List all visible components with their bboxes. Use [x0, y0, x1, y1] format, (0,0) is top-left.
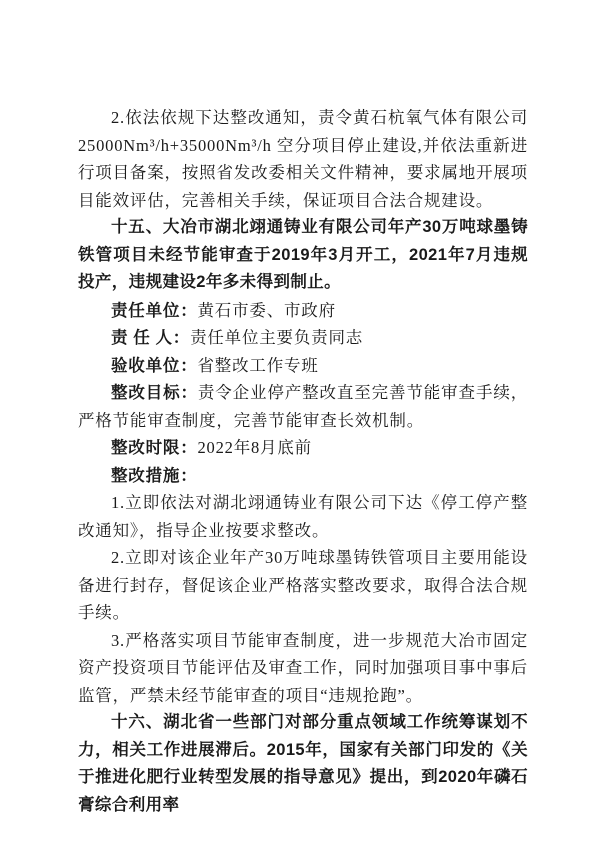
paragraph-measure: 2.依法依规下达整改通知，责令黄石杭氧气体有限公司25000Nm³/h+3500…	[78, 104, 528, 214]
field-label: 责任单位：	[111, 301, 198, 320]
field-label: 整改目标：	[111, 383, 198, 402]
paragraph-measure-3: 3.严格落实项目节能审查制度，进一步规范大冶市固定资产投资项目节能评估及审查工作…	[78, 627, 528, 710]
field-rectification-goal: 整改目标：责令企业停产整改直至完善节能审查手续，严格节能审查制度，完善节能审查长…	[78, 379, 528, 434]
section-heading-16: 十六、湖北省一些部门对部分重点领域工作统筹谋划不力，相关工作进展滞后。2015年…	[78, 709, 528, 819]
document-body: 2.依法依规下达整改通知，责令黄石杭氧气体有限公司25000Nm³/h+3500…	[78, 104, 528, 819]
paragraph-measure-1: 1.立即依法对湖北翊通铸业有限公司下达《停工停产整改通知》，指导企业按要求整改。	[78, 489, 528, 544]
field-responsible-person: 责 任 人：责任单位主要负责同志	[78, 324, 528, 352]
document-page: 2.依法依规下达整改通知，责令黄石杭氧气体有限公司25000Nm³/h+3500…	[0, 0, 600, 848]
field-rectification-deadline: 整改时限：2022年8月底前	[78, 434, 528, 462]
field-value: 省整改工作专班	[198, 356, 319, 375]
section-heading-15: 十五、大冶市湖北翊通铸业有限公司年产30万吨球墨铸铁管项目未经节能审查于2019…	[78, 214, 528, 297]
field-value: 黄石市委、市政府	[198, 301, 336, 320]
field-label: 整改时限：	[111, 438, 198, 457]
field-label: 整改措施：	[111, 466, 198, 485]
field-acceptance-unit: 验收单位：省整改工作专班	[78, 352, 528, 380]
field-value: 2022年8月底前	[198, 438, 312, 457]
field-label: 验收单位：	[111, 356, 198, 375]
field-responsible-unit: 责任单位：黄石市委、市政府	[78, 297, 528, 325]
paragraph-measure-2: 2.立即对该企业年产30万吨球墨铸铁管项目主要用能设备进行封存，督促该企业严格落…	[78, 544, 528, 627]
field-label: 责 任 人：	[111, 328, 190, 347]
field-rectification-measures: 整改措施：	[78, 462, 528, 490]
field-value: 责任单位主要负责同志	[190, 328, 363, 347]
